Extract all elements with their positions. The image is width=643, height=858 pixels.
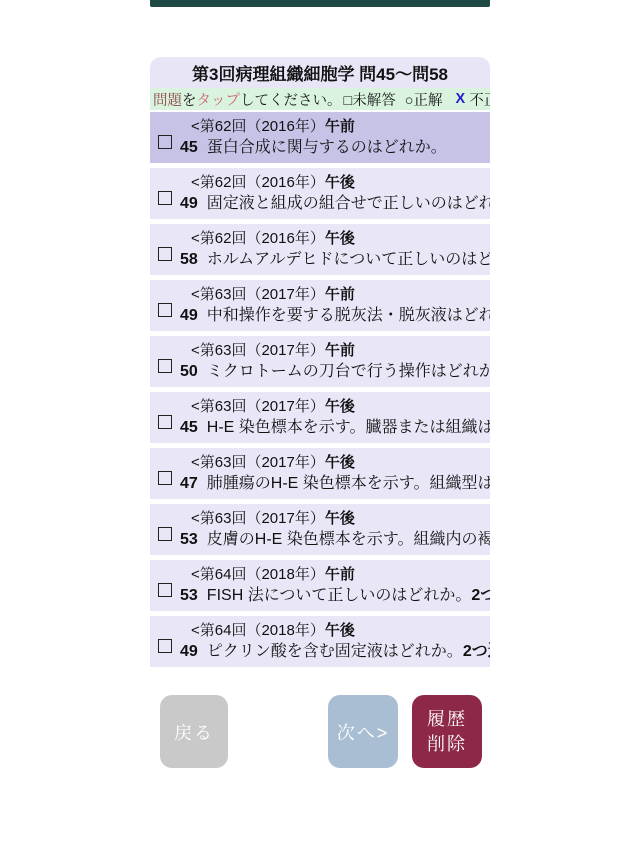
question-line: 45H-E 染色標本を示す。臓器または組織はどれか。 xyxy=(180,418,490,438)
legend-bar: 問題をタップしてください。□未解答○正解X不正解 xyxy=(150,88,490,110)
page-title: 第3回病理組織細胞学 問45〜問58 xyxy=(150,57,490,88)
question-item-8[interactable]: <第63回（2017年）午後 53皮膚のH-E 染色標本を示す。組織内の褐色色素… xyxy=(150,504,490,555)
legend-suffix: してください。 xyxy=(240,89,342,110)
question-line: 58ホルムアルデヒドについて正しいのはどれか。 xyxy=(180,250,490,270)
checkbox-icon[interactable] xyxy=(158,639,172,653)
exam-info: <第63回（2017年）午後 xyxy=(191,398,490,416)
exam-info: <第62回（2016年）午後 xyxy=(191,174,490,192)
legend-incorrect-x-mark: X xyxy=(456,91,466,107)
question-line: 47肺腫瘍のH-E 染色標本を示す。組織型はどれか。 xyxy=(180,474,490,494)
checkbox-icon[interactable] xyxy=(158,415,172,429)
legend-correct: ○正解 xyxy=(405,89,443,110)
question-line: 53皮膚のH-E 染色標本を示す。組織内の褐色色素を xyxy=(180,530,490,550)
checkbox-icon[interactable] xyxy=(158,135,172,149)
checkbox-icon[interactable] xyxy=(158,191,172,205)
checkbox-icon[interactable] xyxy=(158,527,172,541)
exam-info: <第64回（2018年）午前 xyxy=(191,566,490,584)
question-item-1[interactable]: <第62回（2016年）午前 45蛋白合成に関与するのはどれか。 xyxy=(150,112,490,163)
question-item-2[interactable]: <第62回（2016年）午後 49固定液と組成の組合せで正しいのはどれか。 xyxy=(150,168,490,219)
status-bar-strip xyxy=(150,0,490,7)
exam-info: <第63回（2017年）午後 xyxy=(191,454,490,472)
exam-info: <第63回（2017年）午前 xyxy=(191,286,490,304)
checkbox-icon[interactable] xyxy=(158,359,172,373)
exam-info: <第63回（2017年）午前 xyxy=(191,342,490,360)
question-item-6[interactable]: <第63回（2017年）午後 45H-E 染色標本を示す。臓器または組織はどれか… xyxy=(150,392,490,443)
history-delete-button[interactable]: 履歴削除 xyxy=(412,695,482,768)
question-item-5[interactable]: <第63回（2017年）午前 50ミクロトームの刀台で行う操作はどれか。2つ選 xyxy=(150,336,490,387)
history-delete-line1: 履歴 xyxy=(427,707,467,732)
legend-incorrect: 不正解 xyxy=(469,89,490,110)
legend-unanswered: □未解答 xyxy=(344,89,396,110)
legend-word-question: 問題 xyxy=(153,89,182,110)
question-line: 50ミクロトームの刀台で行う操作はどれか。2つ選 xyxy=(180,362,490,382)
checkbox-icon[interactable] xyxy=(158,247,172,261)
history-delete-line2: 削除 xyxy=(427,732,467,757)
question-item-10[interactable]: <第64回（2018年）午後 49ピクリン酸を含む固定液はどれか。2つ選べ。 xyxy=(150,616,490,667)
question-item-3[interactable]: <第62回（2016年）午後 58ホルムアルデヒドについて正しいのはどれか。 xyxy=(150,224,490,275)
question-item-9[interactable]: <第64回（2018年）午前 53FISH 法について正しいのはどれか。2つ選べ… xyxy=(150,560,490,611)
question-line: 49ピクリン酸を含む固定液はどれか。2つ選べ。 xyxy=(180,642,490,662)
checkbox-icon[interactable] xyxy=(158,303,172,317)
legend-word-tap: タップ xyxy=(197,89,241,110)
question-line: 45蛋白合成に関与するのはどれか。 xyxy=(180,138,490,158)
exam-info: <第63回（2017年）午後 xyxy=(191,510,490,528)
checkbox-icon[interactable] xyxy=(158,471,172,485)
checkbox-icon[interactable] xyxy=(158,583,172,597)
exam-info: <第62回（2016年）午後 xyxy=(191,230,490,248)
back-button[interactable]: 戻る xyxy=(160,695,228,768)
question-list: <第62回（2016年）午前 45蛋白合成に関与するのはどれか。 <第62回（2… xyxy=(150,112,490,667)
legend-particle: を xyxy=(182,89,197,110)
question-line: 53FISH 法について正しいのはどれか。2つ選べ。 xyxy=(180,586,490,606)
next-button[interactable]: 次へ> xyxy=(328,695,398,768)
question-line: 49中和操作を要する脱灰法・脱灰液はどれか。2つ xyxy=(180,306,490,326)
question-line: 49固定液と組成の組合せで正しいのはどれか。 xyxy=(180,194,490,214)
exam-info: <第64回（2018年）午後 xyxy=(191,622,490,640)
exam-info: <第62回（2016年）午前 xyxy=(191,118,490,136)
question-item-7[interactable]: <第63回（2017年）午後 47肺腫瘍のH-E 染色標本を示す。組織型はどれか… xyxy=(150,448,490,499)
quiz-card: 第3回病理組織細胞学 問45〜問58 問題をタップしてください。□未解答○正解X… xyxy=(150,57,490,672)
question-item-4[interactable]: <第63回（2017年）午前 49中和操作を要する脱灰法・脱灰液はどれか。2つ xyxy=(150,280,490,331)
